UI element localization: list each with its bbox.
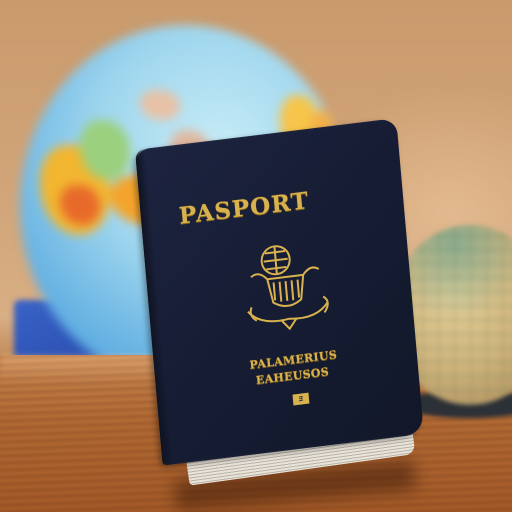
eagle-seal-icon [234,232,338,339]
photo-scene: PASPORT PALAMERIUS EAHEUSOS ﾖ [0,0,512,512]
passport-title: PASPORT [178,187,310,230]
continent [140,90,180,120]
biometric-chip-icon: ﾖ [293,393,310,406]
passport-cover: PASPORT PALAMERIUS EAHEUSOS ﾖ [135,118,424,466]
